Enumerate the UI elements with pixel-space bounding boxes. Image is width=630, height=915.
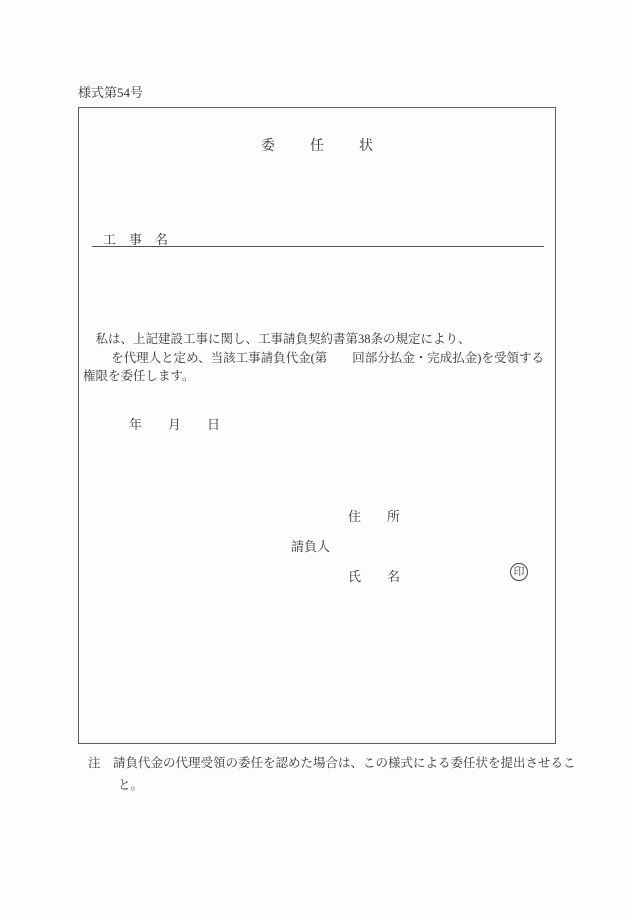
form-number: 様式第54号 bbox=[78, 82, 143, 101]
seal-mark-icon: 印 bbox=[510, 563, 528, 581]
footer-note-line-1: 注 請負代金の代理受領の委任を認めた場合は、この様式による委任状を提出させるこ bbox=[88, 753, 576, 775]
statement-line-1: 私は、上記建設工事に関し、工事請負契約書第38条の規定により、 bbox=[83, 330, 553, 349]
footer-note: 注 請負代金の代理受領の委任を認めた場合は、この様式による委任状を提出させるこ … bbox=[88, 753, 576, 796]
name-label: 氏 名 bbox=[348, 566, 400, 585]
address-label: 住 所 bbox=[348, 506, 400, 525]
statement-line-2: を代理人と定め、当該工事請負代金(第 回部分払金・完成払金)を受領する bbox=[83, 349, 553, 368]
document-page: 様式第54号 委任状 工 事 名 私は、上記建設工事に関し、工事請負契約書第38… bbox=[0, 0, 630, 915]
statement-line-3: 権限を委任します。 bbox=[83, 367, 553, 386]
date-field: 年 月 日 bbox=[129, 414, 220, 433]
project-name-label: 工 事 名 bbox=[103, 229, 168, 248]
form-border-box: 委任状 工 事 名 私は、上記建設工事に関し、工事請負契約書第38条の規定により… bbox=[78, 107, 556, 744]
document-title: 委任状 bbox=[79, 135, 555, 155]
contractor-label: 請負人 bbox=[291, 536, 330, 555]
footer-note-line-2: と。 bbox=[88, 775, 576, 797]
delegation-statement: 私は、上記建設工事に関し、工事請負契約書第38条の規定により、 を代理人と定め、… bbox=[83, 330, 553, 386]
project-name-field: 工 事 名 bbox=[92, 227, 544, 247]
